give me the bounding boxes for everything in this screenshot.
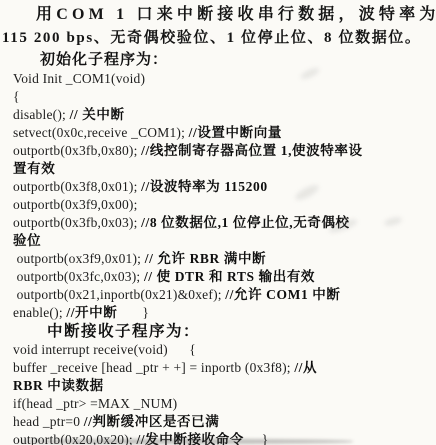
code-line: void interrupt receive(void) { xyxy=(0,341,436,359)
code-text: outportb(0x21,inportb(0x21)&0xef); xyxy=(13,287,225,302)
code-line: Void Init _COM1(void) xyxy=(0,70,436,88)
code-text: outportb(0x20,0x20); xyxy=(13,432,136,445)
code-line: outportb(0x3f9,0x00); xyxy=(0,196,436,214)
code-text: outportb(0x3fb,0x80); xyxy=(13,143,141,158)
init-section-heading: 初始化子程序为： xyxy=(0,50,436,70)
intro-line-1: 用COM 1 口来中断接收串行数据，波特率为 xyxy=(0,3,436,27)
comment-text: RBR 中读数据 xyxy=(13,378,104,393)
code-line: outportb(0x3f8,0x01); //设波特率为 115200 xyxy=(0,178,436,196)
scanned-textbook-page: 用COM 1 口来中断接收串行数据，波特率为 115 200 bps、无奇偶校验… xyxy=(0,0,436,445)
comment-text: //允许 COM1 中断 xyxy=(225,287,340,302)
code-line: outportb(ox3f9,0x01); // 允许 RBR 满中断 xyxy=(0,250,436,268)
comment-text: //从 xyxy=(294,360,317,375)
comment-text: //设置中断向量 xyxy=(189,125,282,140)
code-line: outportb(0x3fb,0x03); //8 位数据位,1 位停止位,无奇… xyxy=(0,214,436,232)
code-text: { xyxy=(13,89,20,104)
code-text: outportb(0x3f9,0x00); xyxy=(13,197,138,212)
code-line: if(head _ptr> =MAX _NUM) xyxy=(0,395,436,413)
comment-text: // 允许 RBR 满中断 xyxy=(145,251,266,266)
code-line: outportb(0x3fb,0x80); //线控制寄存器高位置 1,使波特率… xyxy=(0,142,436,160)
code-line: 验位 xyxy=(0,232,436,250)
comment-text: //发中断接收命令 xyxy=(136,432,243,445)
comment-text: //8 位数据位,1 位停止位,无奇偶校 xyxy=(141,215,350,230)
code-line: buffer _receive [head _ptr + +] = inport… xyxy=(0,359,436,377)
comment-text: //开中断 xyxy=(66,305,117,320)
code-text: void interrupt receive(void) xyxy=(13,342,168,357)
code-line: head _ptr=0 //判断缓冲区是否已满 xyxy=(0,413,436,431)
code-text: head _ptr=0 xyxy=(13,414,84,429)
comment-text: //设波特率为 115200 xyxy=(141,179,268,194)
code-text: buffer _receive [head _ptr + +] = inport… xyxy=(13,360,294,375)
code-text: outportb(0x3fc,0x03); xyxy=(13,269,144,284)
code-text: enable(); xyxy=(13,305,66,320)
comment-text: //判断缓冲区是否已满 xyxy=(84,414,220,429)
comment-text: 置有效 xyxy=(13,161,55,176)
code-text: disable(); xyxy=(13,107,70,122)
comment-text: //线控制寄存器高位置 1,使波特率设 xyxy=(141,143,362,158)
code-line: setvect(0x0c,receive _COM1); //设置中断向量 xyxy=(0,124,436,142)
closing-brace: } xyxy=(117,305,149,320)
closing-brace: } xyxy=(244,432,269,445)
code-line: outportb(0x21,inportb(0x21)&0xef); //允许 … xyxy=(0,286,436,304)
intro-line-2: 115 200 bps、无奇偶校验位、1 位停止位、8 位数据位。 xyxy=(0,27,436,50)
comment-text: // 关中断 xyxy=(70,107,125,122)
code-text: Void Init _COM1(void) xyxy=(13,71,145,86)
code-text: outportb(0x3f8,0x01); xyxy=(13,179,141,194)
code-text: outportb(0x3fb,0x03); xyxy=(13,215,141,230)
comment-text: 验位 xyxy=(13,233,41,248)
opening-brace: { xyxy=(168,342,196,357)
code-line: 置有效 xyxy=(0,160,436,178)
code-text: if(head _ptr> =MAX _NUM) xyxy=(13,396,177,411)
comment-text: // 使 DTR 和 RTS 输出有效 xyxy=(144,269,315,284)
code-line: RBR 中读数据 xyxy=(0,377,436,395)
code-line: { xyxy=(0,88,436,106)
code-line: disable(); // 关中断 xyxy=(0,106,436,124)
code-text: outportb(ox3f9,0x01); xyxy=(13,251,145,266)
code-line: enable(); //开中断 } xyxy=(0,304,436,322)
code-line: outportb(0x3fc,0x03); // 使 DTR 和 RTS 输出有… xyxy=(0,268,436,286)
code-text: setvect(0x0c,receive _COM1); xyxy=(13,125,189,140)
code-line: outportb(0x20,0x20); //发中断接收命令 } xyxy=(0,431,436,445)
receive-section-heading: 中断接收子程序为： xyxy=(0,322,436,341)
